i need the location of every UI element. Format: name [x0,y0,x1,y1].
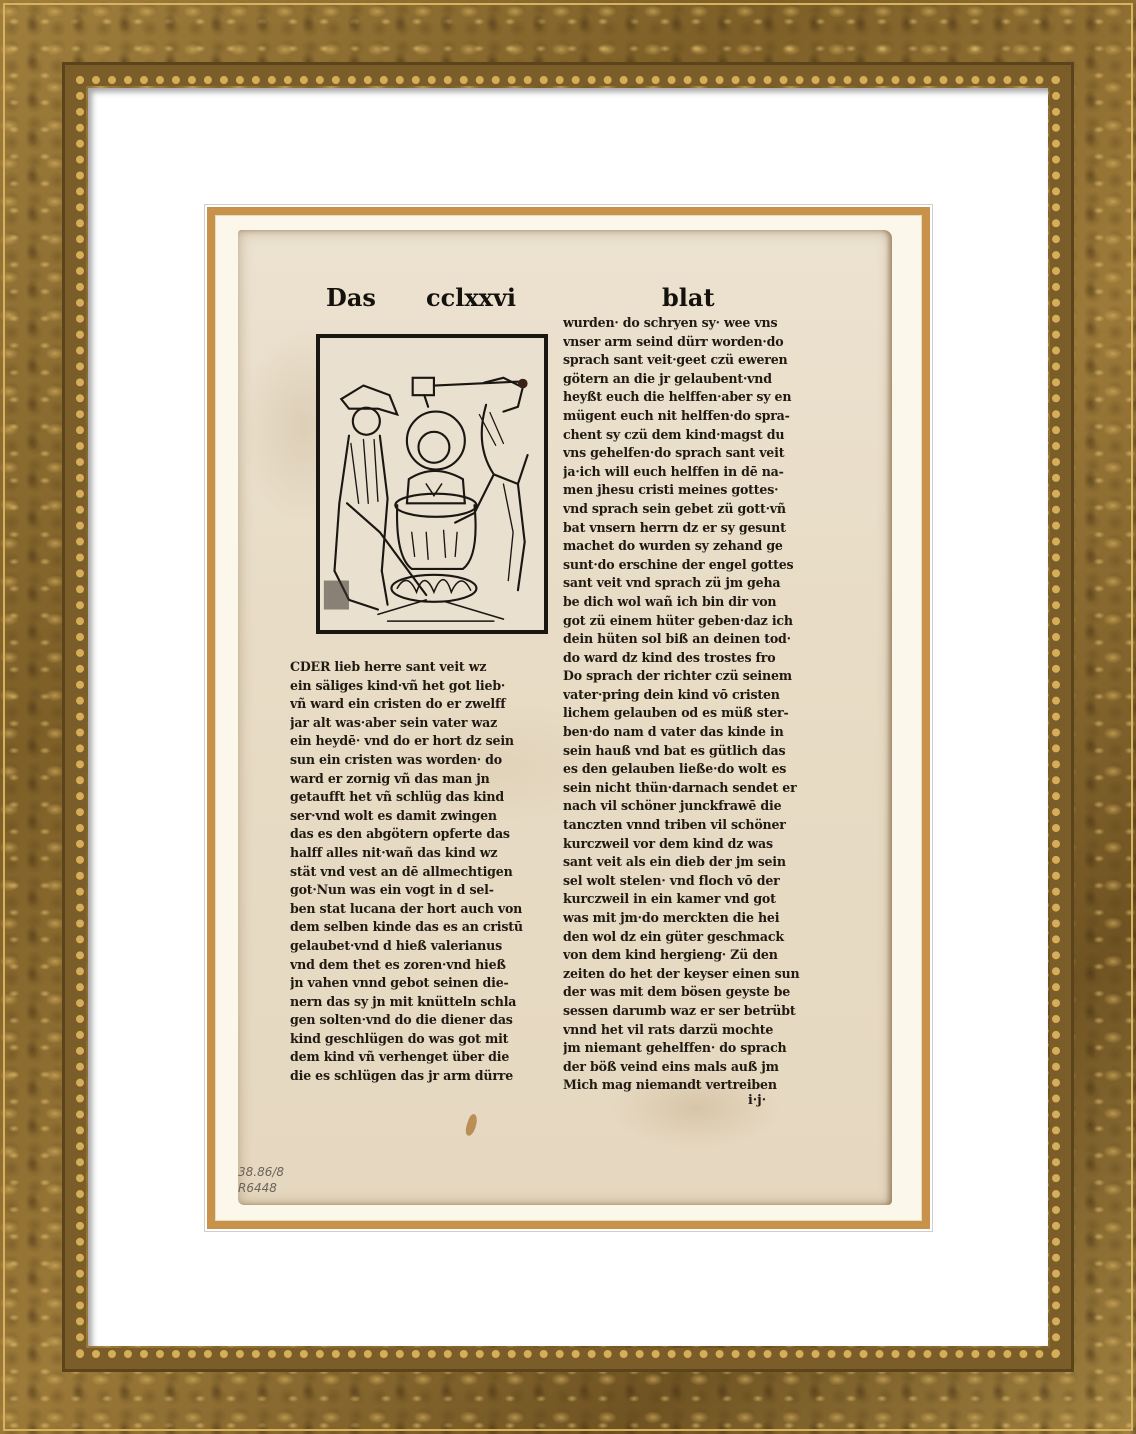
folio-number: cclxxvi [426,283,516,312]
text-line: heyßt euch die helffen·aber sy en [563,388,815,407]
text-line: ben stat lucana der hort auch von [290,900,546,919]
text-line: zeiten do het der keyser einen sun [563,965,815,984]
text-line: getaufft het vñ schlüg das kind [290,788,546,807]
woodcut-martyrdom-image [320,338,544,630]
text-column-right: wurden· do schryen sy· wee vns vnser arm… [563,314,815,1095]
accession-number: 38.86/8 R6448 [238,1164,284,1196]
text-line: kurczweil in ein kamer vnd got [563,890,815,909]
text-line: gelaubet·vnd d hieß valerianus [290,937,546,956]
text-line: vnnd het vil rats darzü mochte [563,1021,815,1040]
text-line: stät vnd vest an dē allmechtigen [290,863,546,882]
text-line: lichem gelauben od es müß ster- [563,704,815,723]
text-line: der was mit dem bösen geyste be [563,983,815,1002]
text-line: ward er zornig vñ das man jn [290,770,546,789]
text-line: die es schlügen das jr arm dürre [290,1067,546,1086]
text-line: ser·vnd wolt es damit zwingen [290,807,546,826]
text-line: den wol dz ein güter geschmack [563,928,815,947]
text-line: vnser arm seind dürr worden·do [563,333,815,352]
running-head: Das cclxxvi blat [326,283,756,317]
text-line: bat vnsern herrn dz er sy gesunt [563,519,815,538]
text-line: Do sprach der richter czü seinem [563,667,815,686]
text-line: jar alt was·aber sein vater waz [290,714,546,733]
text-line: got zü einem hüter geben·daz ich [563,612,815,631]
accession-line: 38.86/8 [238,1164,284,1180]
accession-line: R6448 [238,1180,284,1196]
text-line: ja·ich will euch helffen in dē na- [563,463,815,482]
text-line: der böß veind eins mals auß jm [563,1058,815,1077]
text-line: vnd sprach sein gebet zü gott·vñ [563,500,815,519]
text-line: vater·pring dein kind vō cristen [563,686,815,705]
text-line: got·Nun was ein vogt in d sel- [290,881,546,900]
text-line: halff alles nit·wañ das kind wz [290,844,546,863]
text-line: sein nicht thün·darnach sendet er [563,779,815,798]
signature-mark: i·j· [748,1092,766,1107]
text-line: do ward dz kind des trostes fro [563,649,815,668]
text-line: was mit jm·do merckten die hei [563,909,815,928]
text-line: vns gehelfen·do sprach sant veit [563,444,815,463]
text-line: ein säliges kind·vñ het got lieb· [290,677,546,696]
text-line: ben·do nam d vater das kinde in [563,723,815,742]
text-line: men jhesu cristi meines gottes· [563,481,815,500]
text-line: wurden· do schryen sy· wee vns [563,314,815,333]
text-line: chent sy czü dem kind·magst du [563,426,815,445]
running-head-right: blat [662,283,715,312]
text-line: jn vahen vnnd gebot seinen die- [290,974,546,993]
text-line: be dich wol wañ ich bin dir von [563,593,815,612]
text-line: gen solten·vnd do die diener das [290,1011,546,1030]
text-line: sunt·do erschine der engel gottes [563,556,815,575]
text-column-left: CDER lieb herre sant veit wz ein säliges… [290,658,546,1086]
text-line: sel wolt stelen· vnd floch vō der [563,872,815,891]
text-line: nern das sy jn mit knütteln schla [290,993,546,1012]
text-line: jm niemant gehelffen· do sprach [563,1039,815,1058]
text-line: CDER lieb herre sant veit wz [290,658,546,677]
text-line: sprach sant veit·geet czü eweren [563,351,815,370]
text-line: sant veit als ein dieb der jm sein [563,853,815,872]
text-line: sessen darumb waz er ser betrübt [563,1002,815,1021]
text-line: von dem kind hergieng· Zü den [563,946,815,965]
text-line: kind geschlügen do was got mit [290,1030,546,1049]
text-line: vnd dem thet es zoren·vnd hieß [290,956,546,975]
incunabula-leaf: Das cclxxvi blat [238,230,892,1205]
text-line: es den gelauben ließe·do wolt es [563,760,815,779]
text-line: dein hüten sol biß an deinen tod· [563,630,815,649]
text-line: Mich mag niemandt vertreiben [563,1076,815,1095]
text-line: götern an die jr gelaubent·vnd [563,370,815,389]
text-line: mügent euch nit helffen·do spra- [563,407,815,426]
woodcut-illustration [316,334,548,634]
text-line: ein heydē· vnd do er hort dz sein [290,732,546,751]
paper-stain [464,1113,479,1137]
text-line: vñ ward ein cristen do er zwelff [290,695,546,714]
text-line: kurczweil vor dem kind dz was [563,835,815,854]
text-line: machet do wurden sy zehand ge [563,537,815,556]
text-line: sun ein cristen was worden· do [290,751,546,770]
text-line: dem selben kinde das es an cristū [290,918,546,937]
text-line: dem kind vñ verhenget über die [290,1048,546,1067]
text-line: sein hauß vnd bat es gütlich das [563,742,815,761]
running-head-left: Das [326,283,376,312]
text-line: sant veit vnd sprach zü jm geha [563,574,815,593]
text-line: tanczten vnnd triben vil schöner [563,816,815,835]
text-line: nach vil schöner junckfrawē die [563,797,815,816]
text-line: das es den abgötern opferte das [290,825,546,844]
